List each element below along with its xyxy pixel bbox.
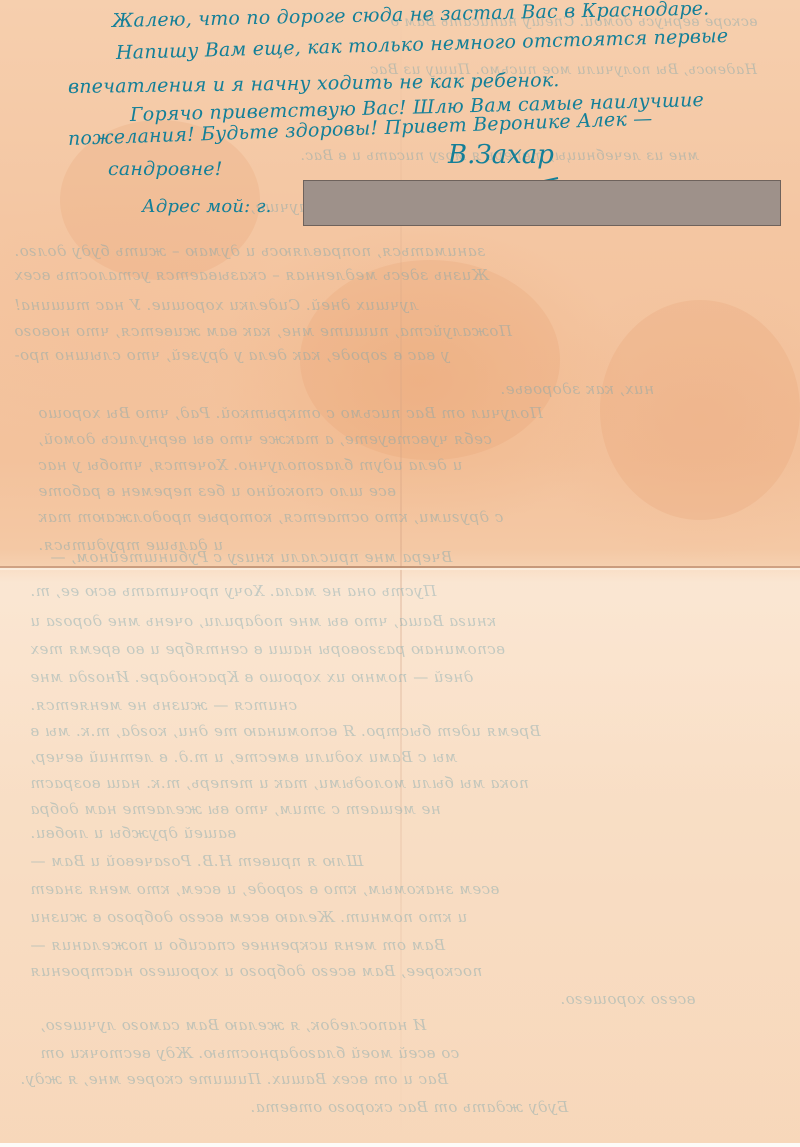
bleed-line: Буду ждать от Вас скорого ответа. bbox=[250, 1098, 568, 1116]
bleed-line: Вас и от всех Ваших. Пишите скорее мне, … bbox=[20, 1070, 448, 1088]
bleed-line: книга Ваша, что вы мне подарили, очень м… bbox=[30, 612, 496, 630]
bleed-line: не мешает с этим, что вы желаете нам доб… bbox=[30, 800, 441, 818]
bleed-line: дней — помню их хорошо в Краснодаре. Ино… bbox=[30, 668, 473, 686]
bleed-line: всего хорошего. bbox=[560, 990, 695, 1008]
redacted-address bbox=[303, 180, 781, 226]
bleed-line: Вчера мне прислали книгу с Рубинштейном,… bbox=[50, 548, 452, 566]
bleed-line: Шлю я привет Н.В. Рогачевой и Вам — bbox=[30, 852, 363, 870]
bleed-line: Жизнь здесь медленная – сказывается уста… bbox=[14, 266, 489, 284]
bleed-line: Получил от Вас письмо с открыткой. Рад, … bbox=[38, 404, 543, 422]
letter-line: сандровне! bbox=[108, 158, 223, 180]
address-label: Адрес мой: г. bbox=[142, 196, 272, 217]
fold-highlight bbox=[0, 568, 800, 570]
bleed-line: лучших дней. Сиделки хорошие. У нас тиши… bbox=[14, 296, 419, 314]
scan-bottom-edge bbox=[0, 1143, 800, 1147]
bleed-line: поскорее, Вам всего доброго и хорошего н… bbox=[30, 962, 482, 980]
bleed-line: вспоминаю разговоры наши в сентябре и во… bbox=[30, 640, 505, 658]
paper-stain bbox=[600, 300, 800, 520]
bleed-line: И напоследок, я желаю Вам самого лучшего… bbox=[40, 1016, 426, 1034]
bleed-line: с другими, кто остается, которые продолж… bbox=[38, 508, 503, 526]
bleed-line: пока мы были молодыми, так и теперь, т.к… bbox=[30, 774, 529, 792]
bleed-line: снится — жизнь не меняется. bbox=[30, 696, 297, 714]
bleed-line: у вас в городе, как дела у друзей, что с… bbox=[14, 346, 450, 364]
bleed-line: всем знакомым, кто в городе, и всем, кто… bbox=[30, 880, 499, 898]
signature: В.Захар bbox=[448, 140, 554, 170]
bleed-line: со всей моей благодарностью. Жду весточк… bbox=[40, 1044, 459, 1062]
bleed-line: них, как здоровье. bbox=[500, 380, 654, 398]
bleed-line: мы с Вами ходили вместе, и т.д. в летний… bbox=[30, 748, 457, 766]
letter-page: вскоре вернусь домой. Спешу написать Вам… bbox=[0, 0, 800, 1143]
bleed-line: Время идет быстро. Я вспоминаю те дни, к… bbox=[30, 722, 541, 740]
bleed-line: Вам от меня искреннее спасибо и пожелани… bbox=[30, 936, 445, 954]
bleed-line: вашей дружбы и любви. bbox=[30, 824, 236, 842]
bleed-line: все шло спокойно и без перемен в работе bbox=[38, 482, 396, 500]
bleed-line: Пожалуйста, пишите мне, как вам живется,… bbox=[14, 322, 512, 340]
bleed-line: и дела идут благополучно. Хочется, чтобы… bbox=[38, 456, 462, 474]
bleed-line: Пусть она не мала. Хочу прочитать всю ее… bbox=[30, 582, 436, 600]
bleed-line: и кто помнит. Желаю всем всего доброго в… bbox=[30, 908, 467, 926]
bleed-line: заниматься, поправляюсь и думаю – жить б… bbox=[14, 242, 485, 260]
bleed-line: себя чувствуете, а также что вы вернулис… bbox=[38, 430, 492, 448]
